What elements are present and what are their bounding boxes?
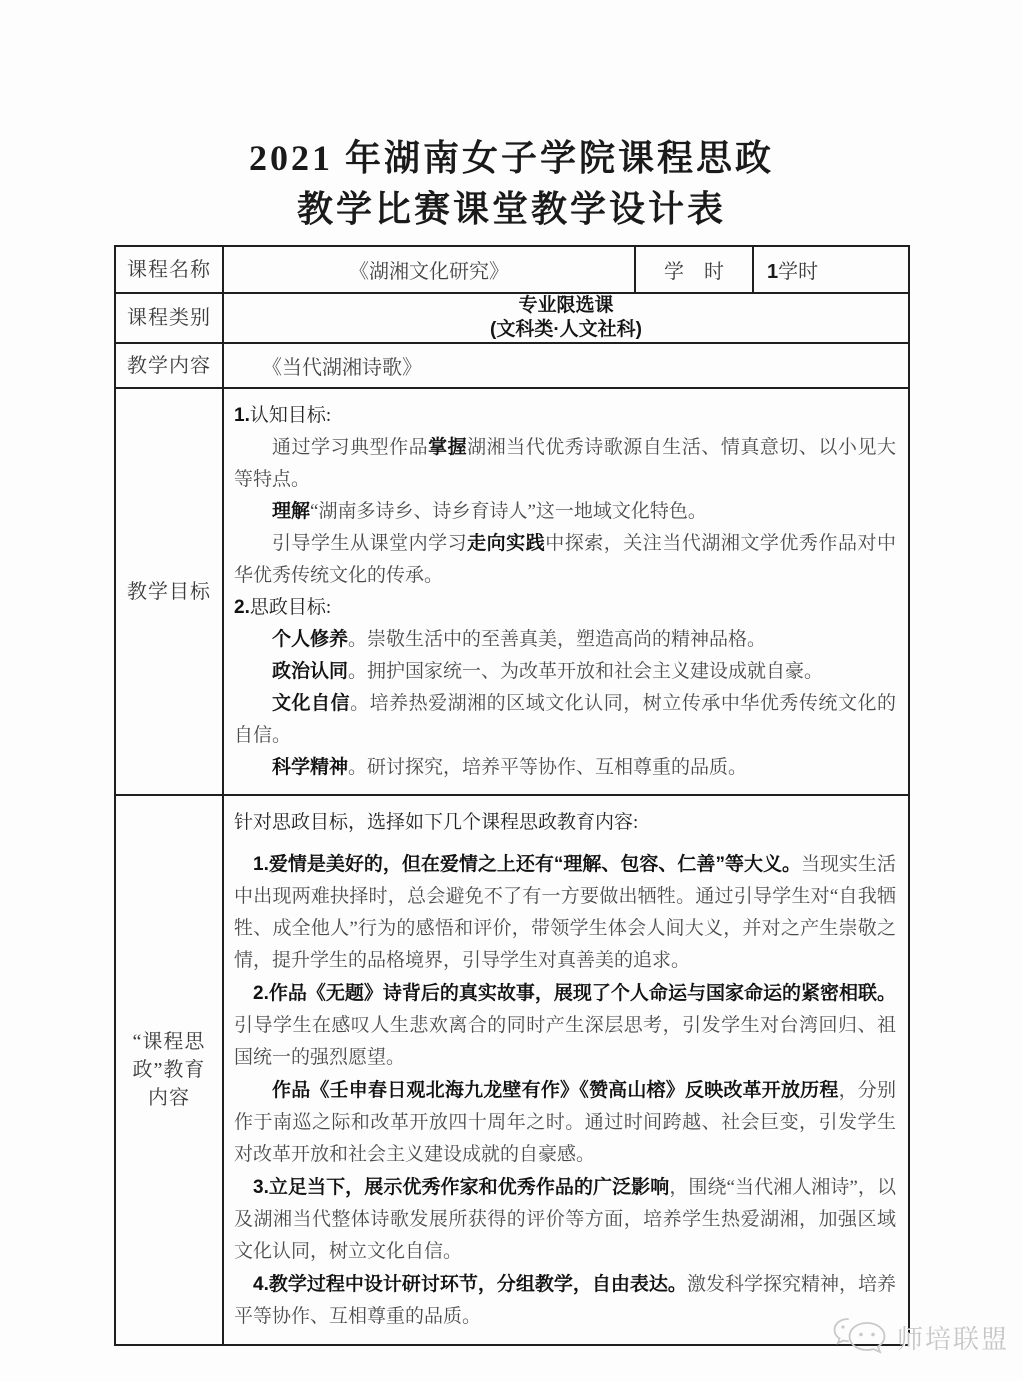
table-row: 课程名称 《湖湘文化研究》 学 时 1学时 [115, 246, 909, 293]
paragraph: 引导学生从课堂内学习走向实践中探索，关注当代湖湘文学优秀作品对中华优秀传统文化的… [234, 528, 896, 592]
text-segment: 文化自信 [272, 693, 350, 714]
text-segment: 引导学生在感叹人生悲欢离合的同时产生深层思考，引发学生对台湾回归、祖国统一的强烈… [234, 1015, 896, 1068]
text-segment: 2. [234, 597, 250, 618]
hours-label: 学 时 [635, 246, 753, 293]
text-segment: 理解 [272, 501, 310, 522]
course-type-label: 课程类别 [115, 293, 223, 343]
text-segment: 科学精神 [272, 757, 348, 778]
text-segment: 4.教学过程中设计研讨环节，分组教学，自由表达。 [253, 1274, 687, 1295]
text-segment: 个人修养 [272, 629, 348, 650]
table-row: 教学目标 1.认知目标:通过学习典型作品掌握湖湘当代优秀诗歌源自生活、情真意切、… [115, 388, 909, 795]
course-type-line2: (文科类·人文社科) [224, 318, 908, 342]
course-name-value: 《湖湘文化研究》 [223, 246, 635, 293]
text-segment: 作品《壬申春日观北海九龙壁有作》《赞高山榕》反映改革开放历程 [272, 1080, 839, 1101]
teaching-design-table: 课程名称 《湖湘文化研究》 学 时 1学时 课程类别 专业限选课 (文科类·人文… [114, 245, 910, 1346]
document-title-line1: 2021 年湖南女子学院课程思政 [0, 133, 1023, 184]
ideology-content-label: “课程思 政”教育 内容 [115, 795, 223, 1345]
text-segment: “湖南多诗乡、诗乡育诗人”这一地域文化特色。 [310, 501, 707, 522]
text-segment: 政治认同 [272, 661, 348, 682]
document-title-line2: 教学比赛课堂教学设计表 [0, 184, 1023, 235]
document-title: 2021 年湖南女子学院课程思政 教学比赛课堂教学设计表 [0, 0, 1023, 235]
paragraph: 4.教学过程中设计研讨环节，分组教学，自由表达。激发科学探究精神，培养平等协作、… [234, 1269, 896, 1333]
text-segment: 引导学生从课堂内学习 [272, 533, 467, 554]
text-segment: 针对思政目标，选择如下几个课程思政教育内容: [234, 812, 638, 833]
paragraph: 1.爱情是美好的，但在爱情之上还有“理解、包容、仁善”等大义。当现实生活中出现两… [234, 849, 896, 977]
paragraph: 通过学习典型作品掌握湖湘当代优秀诗歌源自生活、情真意切、以小见大等特点。 [234, 432, 896, 496]
text-segment: 思政目标: [250, 597, 331, 618]
hours-unit: 学时 [778, 261, 818, 283]
course-name-label: 课程名称 [115, 246, 223, 293]
watermark-text: 师培联盟 [897, 1319, 1009, 1356]
text-segment: 通过学习典型作品 [272, 437, 428, 458]
paragraph: 1.认知目标: [234, 400, 896, 432]
paragraph: 个人修养。崇敬生活中的至善真美，塑造高尚的精神品格。 [234, 624, 896, 656]
teaching-content-label: 教学内容 [115, 343, 223, 388]
paragraph: 政治认同。拥护国家统一、为改革开放和社会主义建设成就自豪。 [234, 656, 896, 688]
teaching-content-value: 《当代湖湘诗歌》 [223, 343, 909, 388]
text-segment: 。研讨探究，培养平等协作、互相尊重的品质。 [348, 757, 747, 778]
document-page: 2021 年湖南女子学院课程思政 教学比赛课堂教学设计表 课程名称 《湖湘文化研… [0, 0, 1023, 1381]
paragraph: 文化自信。培养热爱湖湘的区域文化认同，树立传承中华优秀传统文化的自信。 [234, 688, 896, 752]
chat-bubbles-icon [831, 1315, 889, 1359]
paragraph: 科学精神。研讨探究，培养平等协作、互相尊重的品质。 [234, 752, 896, 784]
teaching-goals-text: 1.认知目标:通过学习典型作品掌握湖湘当代优秀诗歌源自生活、情真意切、以小见大等… [223, 388, 909, 795]
shipei-alliance-watermark: 师培联盟 [831, 1315, 1009, 1359]
text-segment: 2.作品《无题》诗背后的真实故事，展现了个人命运与国家命运的紧密相联。 [253, 983, 896, 1004]
course-type-value: 专业限选课 (文科类·人文社科) [223, 293, 909, 343]
course-type-line1: 专业限选课 [224, 294, 908, 318]
table-row: “课程思 政”教育 内容 针对思政目标，选择如下几个课程思政教育内容:1.爱情是… [115, 795, 909, 1345]
text-segment: 1.爱情是美好的，但在爱情之上还有“理解、包容、仁善”等大义。 [253, 854, 801, 875]
text-segment: 。拥护国家统一、为改革开放和社会主义建设成就自豪。 [348, 661, 823, 682]
text-segment: 认知目标: [250, 405, 331, 426]
table-row: 教学内容 《当代湖湘诗歌》 [115, 343, 909, 388]
paragraph: 针对思政目标，选择如下几个课程思政教育内容: [234, 807, 896, 839]
text-segment: 掌握 [428, 437, 467, 458]
teaching-goals-label: 教学目标 [115, 388, 223, 795]
paragraph: 2.作品《无题》诗背后的真实故事，展现了个人命运与国家命运的紧密相联。引导学生在… [234, 978, 896, 1074]
ideology-content-text: 针对思政目标，选择如下几个课程思政教育内容:1.爱情是美好的，但在爱情之上还有“… [223, 795, 909, 1345]
text-segment: 走向实践 [467, 533, 545, 554]
paragraph: 3.立足当下，展示优秀作家和优秀作品的广泛影响，围绕“当代湘人湘诗”，以及湖湘当… [234, 1172, 896, 1268]
paragraph: 作品《壬申春日观北海九龙壁有作》《赞高山榕》反映改革开放历程，分别作于南巡之际和… [234, 1075, 896, 1171]
table-row: 课程类别 专业限选课 (文科类·人文社科) [115, 293, 909, 343]
text-segment: 。崇敬生活中的至善真美，塑造高尚的精神品格。 [348, 629, 766, 650]
text-segment: 3.立足当下，展示优秀作家和优秀作品的广泛影响 [253, 1177, 669, 1198]
paragraph: 理解“湖南多诗乡、诗乡育诗人”这一地域文化特色。 [234, 496, 896, 528]
text-segment: 1. [234, 405, 250, 426]
hours-value: 1学时 [753, 246, 909, 293]
hours-number: 1 [767, 261, 778, 283]
paragraph: 2.思政目标: [234, 592, 896, 624]
